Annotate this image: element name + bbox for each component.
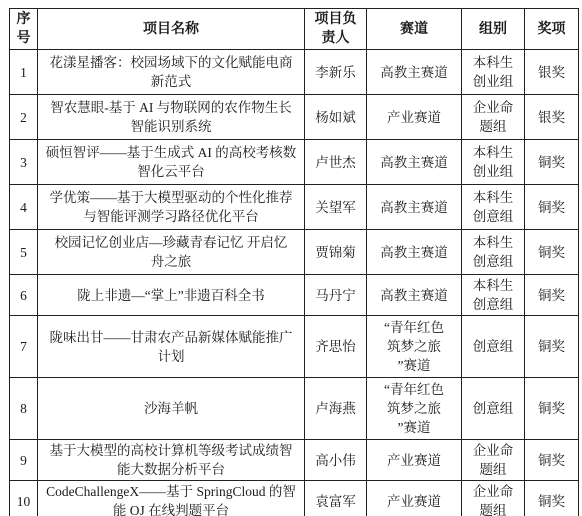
group-cell: 企业命 题组 — [462, 440, 525, 481]
project-leader-cell: 杨如斌 — [305, 95, 367, 140]
award-cell: 铜奖 — [525, 440, 579, 481]
column-header-track: 赛道 — [367, 9, 462, 50]
group-cell: 本科生 创意组 — [462, 230, 525, 275]
project-leader-cell: 齐思怡 — [305, 316, 367, 378]
project-name-cell: 学优策——基于大模型驱动的个性化推荐 与智能评测学习路径优化平台 — [38, 185, 305, 230]
group-cell: 本科生 创业组 — [462, 50, 525, 95]
project-leader-cell: 马丹宁 — [305, 275, 367, 316]
award-cell: 铜奖 — [525, 316, 579, 378]
track-cell: 高教主赛道 — [367, 275, 462, 316]
group-cell: 本科生 创业组 — [462, 140, 525, 185]
column-header-award: 奖项 — [525, 9, 579, 50]
award-table: 序 号 项目名称 项目负 责人 赛道 组别 奖项 1花漾星播客：校园场域下的文化… — [9, 8, 579, 516]
column-header-project-name: 项目名称 — [38, 9, 305, 50]
project-name-cell: 陇上非遗—“掌上”非遗百科全书 — [38, 275, 305, 316]
track-cell: 高教主赛道 — [367, 185, 462, 230]
project-name-cell: 花漾星播客：校园场域下的文化赋能电商 新范式 — [38, 50, 305, 95]
table-row: 10CodeChallengeX——基于 SpringCloud 的智能 OJ … — [10, 481, 579, 516]
table-row: 9基于大模型的高校计算机等级考试成绩智 能大数据分析平台高小伟产业赛道企业命 题… — [10, 440, 579, 481]
table-header: 序 号 项目名称 项目负 责人 赛道 组别 奖项 — [10, 9, 579, 50]
track-cell: “青年红色 筑梦之旅 ”赛道 — [367, 378, 462, 440]
project-name-cell: 校园记忆创业店—珍藏青春记忆 开启忆 舟之旅 — [38, 230, 305, 275]
award-cell: 铜奖 — [525, 185, 579, 230]
row-number-cell: 8 — [10, 378, 38, 440]
track-cell: 产业赛道 — [367, 481, 462, 516]
group-cell: 企业命 题组 — [462, 95, 525, 140]
table-body: 1花漾星播客：校园场域下的文化赋能电商 新范式李新乐高教主赛道本科生 创业组银奖… — [10, 50, 579, 516]
project-name-cell: 沙海羊帆 — [38, 378, 305, 440]
award-cell: 铜奖 — [525, 230, 579, 275]
award-cell: 银奖 — [525, 50, 579, 95]
table-row: 7陇味出甘——甘肃农产品新媒体赋能推广 计划齐思怡“青年红色 筑梦之旅 ”赛道创… — [10, 316, 579, 378]
award-cell: 银奖 — [525, 95, 579, 140]
table-row: 4学优策——基于大模型驱动的个性化推荐 与智能评测学习路径优化平台关望军高教主赛… — [10, 185, 579, 230]
award-cell: 铜奖 — [525, 140, 579, 185]
row-number-cell: 5 — [10, 230, 38, 275]
award-cell: 铜奖 — [525, 378, 579, 440]
project-name-cell: 陇味出甘——甘肃农产品新媒体赋能推广 计划 — [38, 316, 305, 378]
project-leader-cell: 高小伟 — [305, 440, 367, 481]
row-number-cell: 6 — [10, 275, 38, 316]
track-cell: 产业赛道 — [367, 95, 462, 140]
table-row: 6陇上非遗—“掌上”非遗百科全书马丹宁高教主赛道本科生 创意组铜奖 — [10, 275, 579, 316]
track-cell: 高教主赛道 — [367, 140, 462, 185]
project-name-cell: CodeChallengeX——基于 SpringCloud 的智能 OJ 在线… — [38, 481, 305, 516]
column-header-row-number: 序 号 — [10, 9, 38, 50]
row-number-cell: 4 — [10, 185, 38, 230]
project-leader-cell: 袁富军 — [305, 481, 367, 516]
table-row: 8沙海羊帆卢海燕“青年红色 筑梦之旅 ”赛道创意组铜奖 — [10, 378, 579, 440]
group-cell: 本科生 创意组 — [462, 185, 525, 230]
project-leader-cell: 卢海燕 — [305, 378, 367, 440]
track-cell: 高教主赛道 — [367, 50, 462, 95]
document-page: 序 号 项目名称 项目负 责人 赛道 组别 奖项 1花漾星播客：校园场域下的文化… — [0, 0, 582, 516]
group-cell: 本科生 创意组 — [462, 275, 525, 316]
project-leader-cell: 卢世杰 — [305, 140, 367, 185]
project-name-cell: 基于大模型的高校计算机等级考试成绩智 能大数据分析平台 — [38, 440, 305, 481]
table-row: 2智农慧眼-基于 AI 与物联网的农作物生长 智能识别系统杨如斌产业赛道企业命 … — [10, 95, 579, 140]
column-header-project-leader: 项目负 责人 — [305, 9, 367, 50]
table-row: 1花漾星播客：校园场域下的文化赋能电商 新范式李新乐高教主赛道本科生 创业组银奖 — [10, 50, 579, 95]
project-leader-cell: 李新乐 — [305, 50, 367, 95]
row-number-cell: 10 — [10, 481, 38, 516]
award-cell: 铜奖 — [525, 275, 579, 316]
award-cell: 铜奖 — [525, 481, 579, 516]
project-leader-cell: 关望军 — [305, 185, 367, 230]
column-header-group: 组别 — [462, 9, 525, 50]
row-number-cell: 3 — [10, 140, 38, 185]
project-leader-cell: 贾锦菊 — [305, 230, 367, 275]
row-number-cell: 2 — [10, 95, 38, 140]
group-cell: 企业命 题组 — [462, 481, 525, 516]
table-row: 5校园记忆创业店—珍藏青春记忆 开启忆 舟之旅贾锦菊高教主赛道本科生 创意组铜奖 — [10, 230, 579, 275]
row-number-cell: 9 — [10, 440, 38, 481]
row-number-cell: 1 — [10, 50, 38, 95]
table-row: 3硕恒智评——基于生成式 AI 的高校考核数 智化云平台卢世杰高教主赛道本科生 … — [10, 140, 579, 185]
row-number-cell: 7 — [10, 316, 38, 378]
track-cell: 产业赛道 — [367, 440, 462, 481]
project-name-cell: 智农慧眼-基于 AI 与物联网的农作物生长 智能识别系统 — [38, 95, 305, 140]
group-cell: 创意组 — [462, 378, 525, 440]
header-row: 序 号 项目名称 项目负 责人 赛道 组别 奖项 — [10, 9, 579, 50]
group-cell: 创意组 — [462, 316, 525, 378]
project-name-cell: 硕恒智评——基于生成式 AI 的高校考核数 智化云平台 — [38, 140, 305, 185]
track-cell: “青年红色 筑梦之旅 ”赛道 — [367, 316, 462, 378]
track-cell: 高教主赛道 — [367, 230, 462, 275]
